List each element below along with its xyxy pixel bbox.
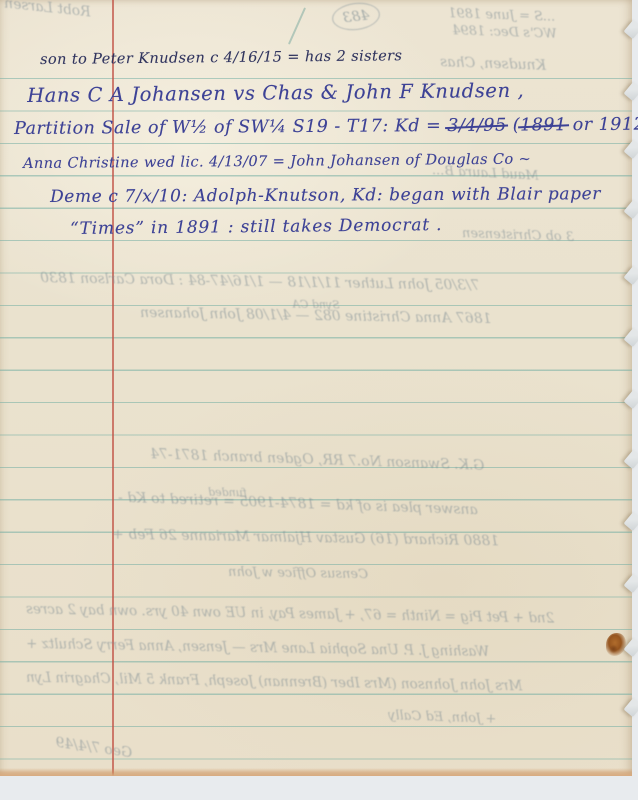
bleedthrough-line: WC's Dec: 1894 xyxy=(452,23,557,42)
struck-text: 3/4/95 xyxy=(447,116,506,136)
struck-text: 1891 xyxy=(520,115,567,135)
handwriting-line: son to Peter Knudsen c 4/16/15 = has 2 s… xyxy=(40,48,402,68)
bleedthrough-line: Knudsen, Chas xyxy=(440,54,547,74)
scan-background: Robt Larsen...S = June 1891WC's Dec: 189… xyxy=(0,0,638,800)
handwriting-line: “Times” in 1891 : still takes Democrat . xyxy=(70,215,442,239)
bleedthrough-line: Robt Larsen xyxy=(3,0,91,20)
ink-text: or 1912 ) xyxy=(567,115,638,136)
red-margin-line xyxy=(112,0,114,776)
ink-text: Partition Sale of W½ of SW¼ S19 - T17: K… xyxy=(14,116,447,139)
page-bottom-edge xyxy=(0,768,632,776)
ink-text: son to Peter Knudsen c 4/16/15 = has 2 s… xyxy=(40,48,402,68)
bleedthrough-page-number: 483 xyxy=(331,0,382,33)
ink-text: “Times” in 1891 : still takes Democrat . xyxy=(70,215,442,239)
ink-text: Deme c 7/x/10: Adolph-Knutson, Kd: began… xyxy=(50,184,601,207)
bleedthrough-line: Census Office w John xyxy=(228,565,368,582)
bleedthrough-line: ...S = June 1891 xyxy=(448,6,556,25)
handwriting-line: Deme c 7/x/10: Adolph-Knutson, Kd: began… xyxy=(50,184,601,207)
notebook-page: Robt Larsen...S = June 1891WC's Dec: 189… xyxy=(0,0,632,776)
stray-pencil-mark xyxy=(288,7,306,44)
